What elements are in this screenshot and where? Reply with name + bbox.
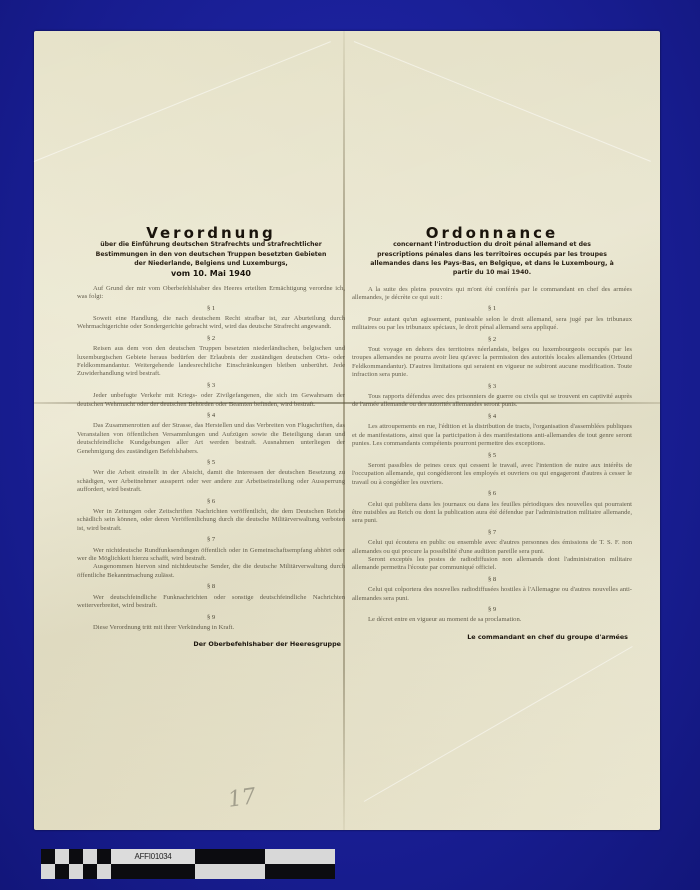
scale-square <box>83 849 97 864</box>
section-number: § 3 <box>352 383 632 391</box>
scale-square <box>55 849 69 864</box>
german-subtitle: über die Einführung deutschen Strafrecht… <box>77 240 345 268</box>
scale-segment <box>195 864 265 879</box>
german-column: Verordnung über die Einführung deutschen… <box>77 229 345 649</box>
french-sections: § 1Pour autant qu'un agissement, punissa… <box>352 305 632 624</box>
section-paragraph: Seront exceptés les postes de radiodiffu… <box>352 556 632 573</box>
section-number: § 6 <box>77 498 345 506</box>
paper-crease <box>364 646 633 802</box>
archive-scale-bar: AFFI01034 <box>41 849 325 879</box>
scale-square <box>83 864 97 879</box>
section-paragraph: Ausgenommen hiervon sind nichtdeutsche S… <box>77 563 345 580</box>
section-paragraph: Wer nichtdeutsche Rundfunksendungen öffe… <box>77 547 345 564</box>
section-number: § 4 <box>77 412 345 420</box>
scale-square <box>97 864 111 879</box>
section-paragraph: Wer deutschfeindliche Funknachrichten od… <box>77 594 345 611</box>
handwritten-mark: 17 <box>226 784 257 813</box>
paper-crease <box>34 41 331 162</box>
section-paragraph: Celui qui colportera des nouvelles radio… <box>352 586 632 603</box>
section-paragraph: Pour autant qu'un agissement, punissable… <box>352 316 632 333</box>
french-signature: Le commandant en chef du groupe d'armées <box>352 633 632 641</box>
section-paragraph: Diese Verordnung tritt mit ihrer Verkünd… <box>77 624 345 632</box>
section-number: § 5 <box>352 452 632 460</box>
section-paragraph: Reisen aus dem von den deutschen Truppen… <box>77 345 345 379</box>
german-intro: Auf Grund der mir vom Oberbefehlshaber d… <box>77 285 345 302</box>
scale-square <box>55 864 69 879</box>
section-number: § 8 <box>352 576 632 584</box>
section-number: § 7 <box>352 529 632 537</box>
section-paragraph: Seront passibles de peines ceux qui cess… <box>352 462 632 487</box>
section-paragraph: Jeder unbefugte Verkehr mit Kriegs- oder… <box>77 392 345 409</box>
scale-segment <box>125 864 195 879</box>
archive-id-label: AFFI01034 <box>111 849 195 864</box>
german-date: vom 10. Mai 1940 <box>77 270 345 278</box>
scale-square <box>41 864 55 879</box>
section-paragraph: Tout voyage en dehors des territoires né… <box>352 346 632 380</box>
scale-square <box>111 864 125 879</box>
french-column: Ordonnance concernant l'introduction du … <box>352 229 632 641</box>
section-paragraph: Les attroupements en rue, l'édition et l… <box>352 423 632 448</box>
scale-square <box>69 849 83 864</box>
section-paragraph: Celui qui écoutera en public ou ensemble… <box>352 539 632 556</box>
section-number: § 9 <box>77 614 345 622</box>
section-number: § 3 <box>77 382 345 390</box>
scale-segment <box>195 849 265 864</box>
scale-segment <box>265 849 335 864</box>
french-title: Ordonnance <box>352 229 632 237</box>
section-paragraph: Wer die Arbeit einstellt in der Absicht,… <box>77 469 345 494</box>
section-paragraph: Wer in Zeitungen oder Zeitschriften Nach… <box>77 508 345 533</box>
section-number: § 7 <box>77 536 345 544</box>
scale-square <box>69 864 83 879</box>
section-number: § 4 <box>352 413 632 421</box>
section-number: § 6 <box>352 490 632 498</box>
french-intro: A la suite des pleins pouvoirs qui m'ont… <box>352 286 632 303</box>
french-subtitle: concernant l'introduction du droit pénal… <box>352 240 632 277</box>
section-number: § 1 <box>352 305 632 313</box>
proclamation-poster: Verordnung über die Einführung deutschen… <box>34 31 660 830</box>
section-number: § 2 <box>352 336 632 344</box>
german-title: Verordnung <box>77 229 345 237</box>
section-number: § 2 <box>77 335 345 343</box>
section-number: § 8 <box>77 583 345 591</box>
section-paragraph: Tous rapports défendus avec des prisonni… <box>352 393 632 410</box>
section-paragraph: Das Zusammenrotten auf der Strasse, das … <box>77 422 345 456</box>
section-paragraph: Soweit eine Handlung, die nach deutschem… <box>77 315 345 332</box>
scale-square <box>41 849 55 864</box>
german-signature: Der Oberbefehlshaber der Heeresgruppe <box>77 640 345 648</box>
section-paragraph: Le décret entre en vigueur au moment de … <box>352 616 632 624</box>
section-number: § 9 <box>352 606 632 614</box>
scale-segment <box>265 864 335 879</box>
paper-crease <box>354 41 651 162</box>
section-number: § 5 <box>77 459 345 467</box>
section-number: § 1 <box>77 305 345 313</box>
german-sections: § 1Soweit eine Handlung, die nach deutsc… <box>77 305 345 633</box>
scale-square <box>97 849 111 864</box>
section-paragraph: Celui qui publiera dans les journaux ou … <box>352 501 632 526</box>
